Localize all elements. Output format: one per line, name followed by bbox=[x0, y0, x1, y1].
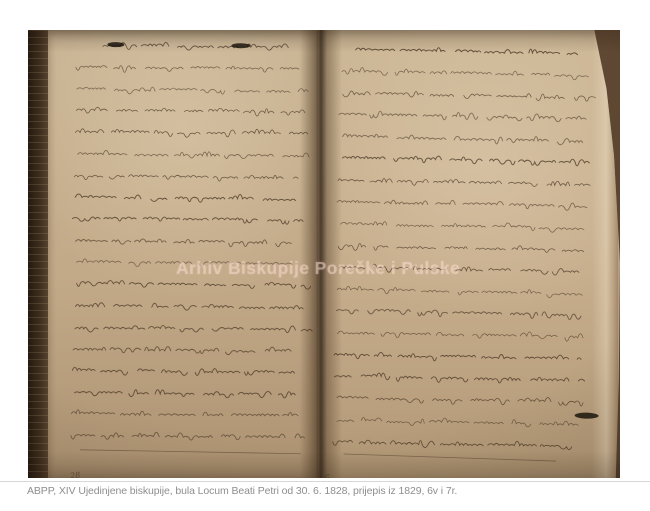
archive-watermark: Arhiv Biskupije Porečke i Pulske bbox=[176, 258, 460, 279]
manuscript-right-page bbox=[318, 30, 620, 478]
handwriting-left-page bbox=[44, 30, 318, 478]
manuscript-photo: 28 6 Arhiv Biskupije Porečke i Pulske bbox=[28, 30, 620, 478]
manuscript-left-page bbox=[48, 30, 318, 478]
handwriting-right-page bbox=[309, 30, 620, 478]
folio-corner-mark: 28 bbox=[69, 470, 80, 478]
page: 28 6 Arhiv Biskupije Porečke i Pulske AB… bbox=[0, 0, 650, 511]
folio-number-left-page: 6 bbox=[324, 474, 330, 478]
photo-caption: ABPP, XIV Ujedinjene biskupije, bula Loc… bbox=[27, 485, 637, 497]
book-gutter-shadow bbox=[300, 30, 342, 478]
caption-divider bbox=[0, 481, 650, 482]
